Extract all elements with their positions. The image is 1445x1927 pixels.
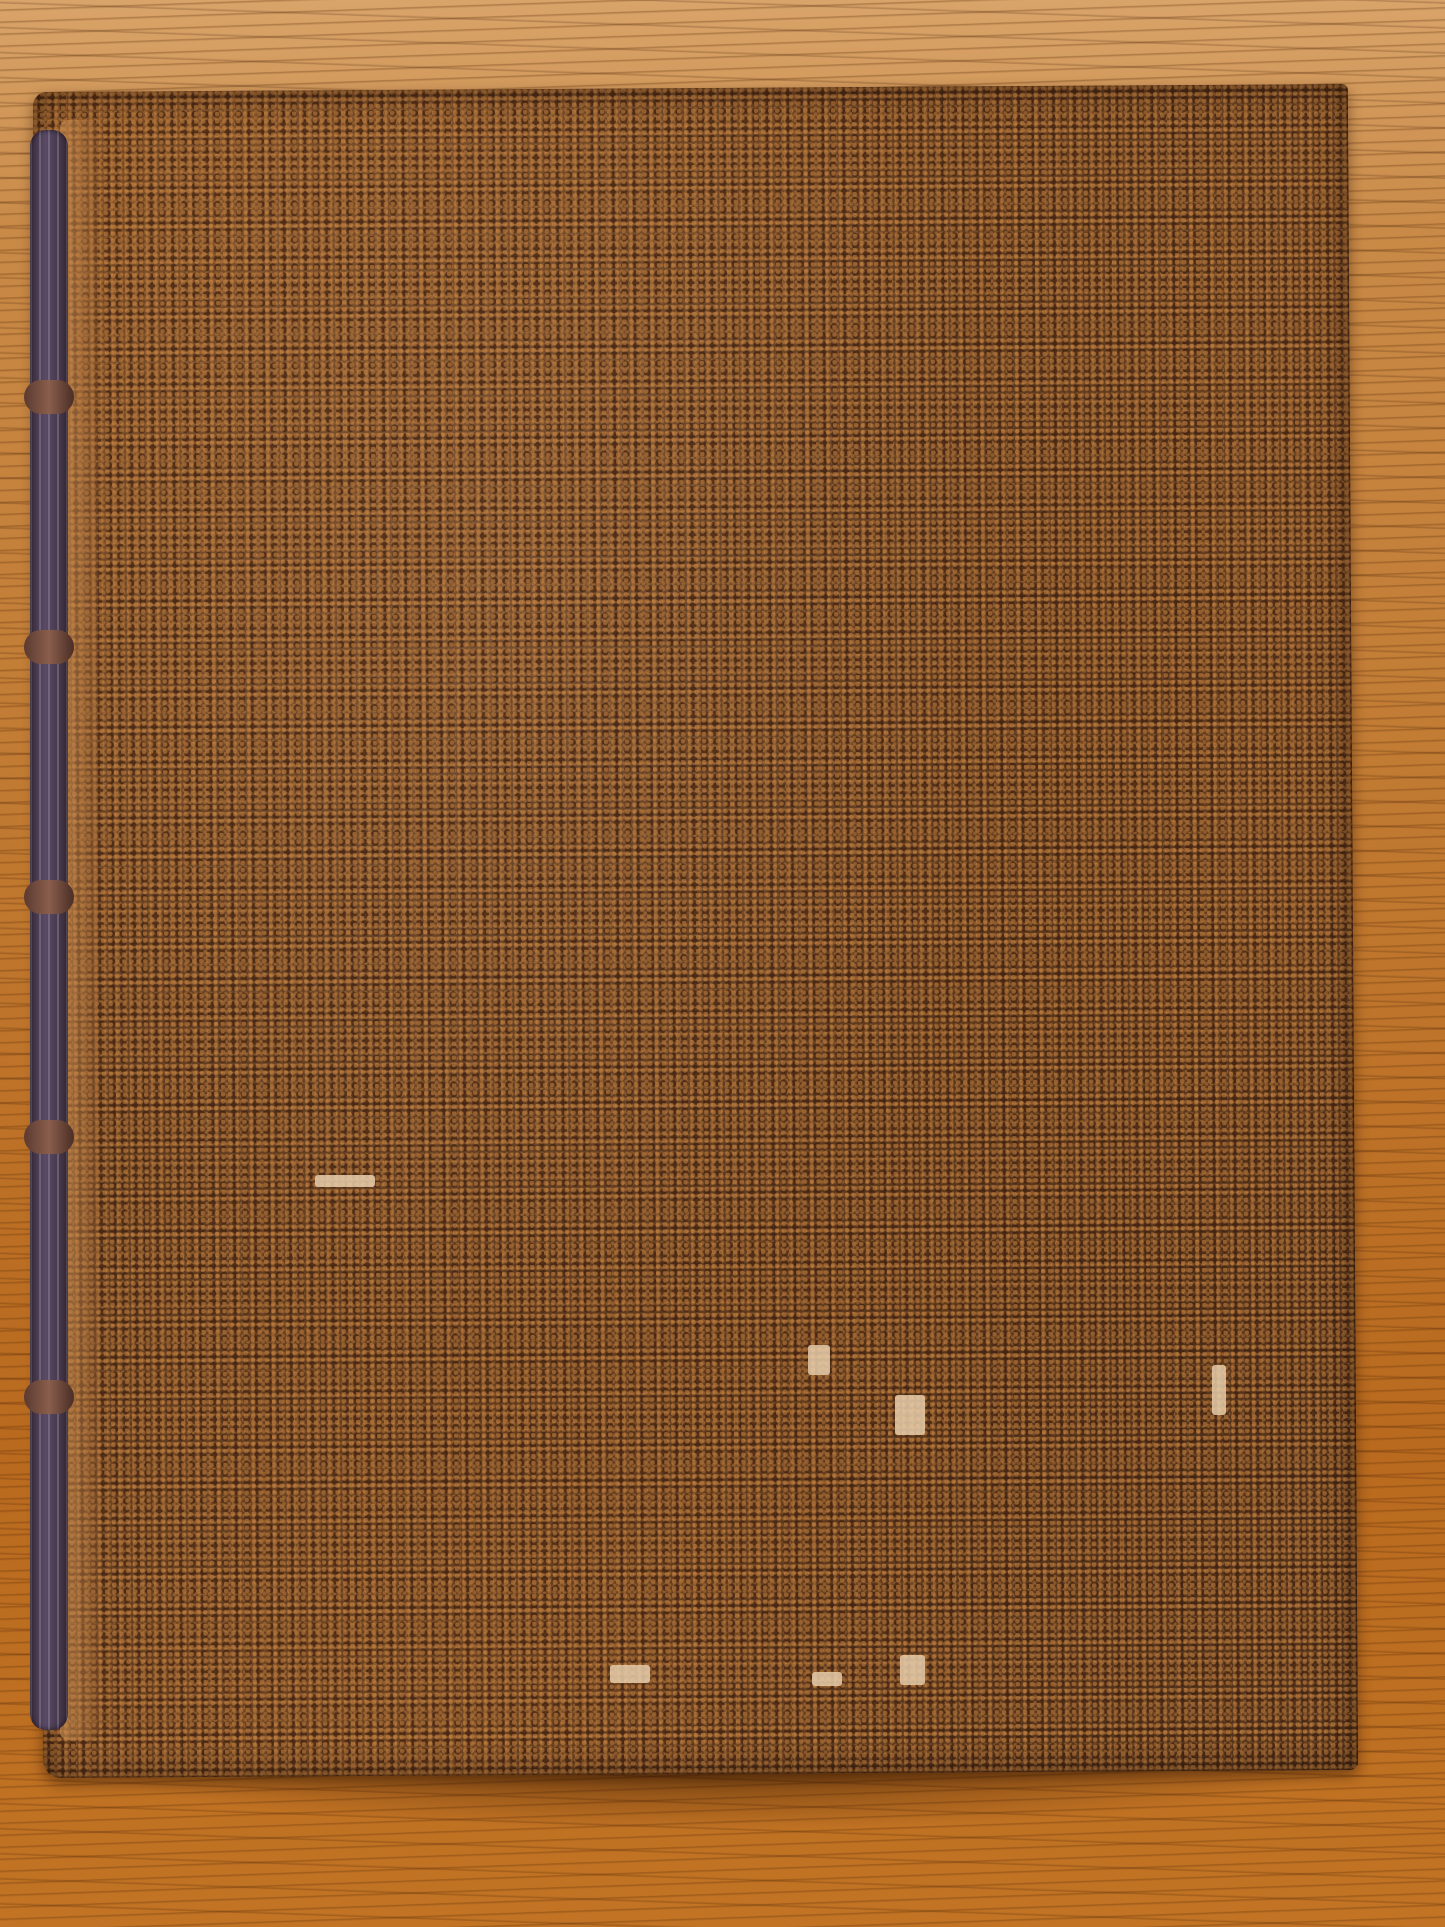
wear-mark [895, 1395, 925, 1435]
wear-mark [900, 1655, 925, 1685]
wear-mark [315, 1175, 375, 1187]
wear-mark [808, 1345, 830, 1375]
spine-raised-band [24, 880, 74, 914]
spine-raised-band [24, 630, 74, 664]
wear-mark [610, 1665, 650, 1683]
spine-raised-band [24, 1380, 74, 1414]
wear-mark [1212, 1365, 1226, 1415]
book-cover [33, 84, 1358, 1778]
spine-raised-band [24, 380, 74, 414]
spine-raised-band [24, 1120, 74, 1154]
wear-mark [812, 1672, 842, 1686]
book-spine [30, 130, 68, 1730]
